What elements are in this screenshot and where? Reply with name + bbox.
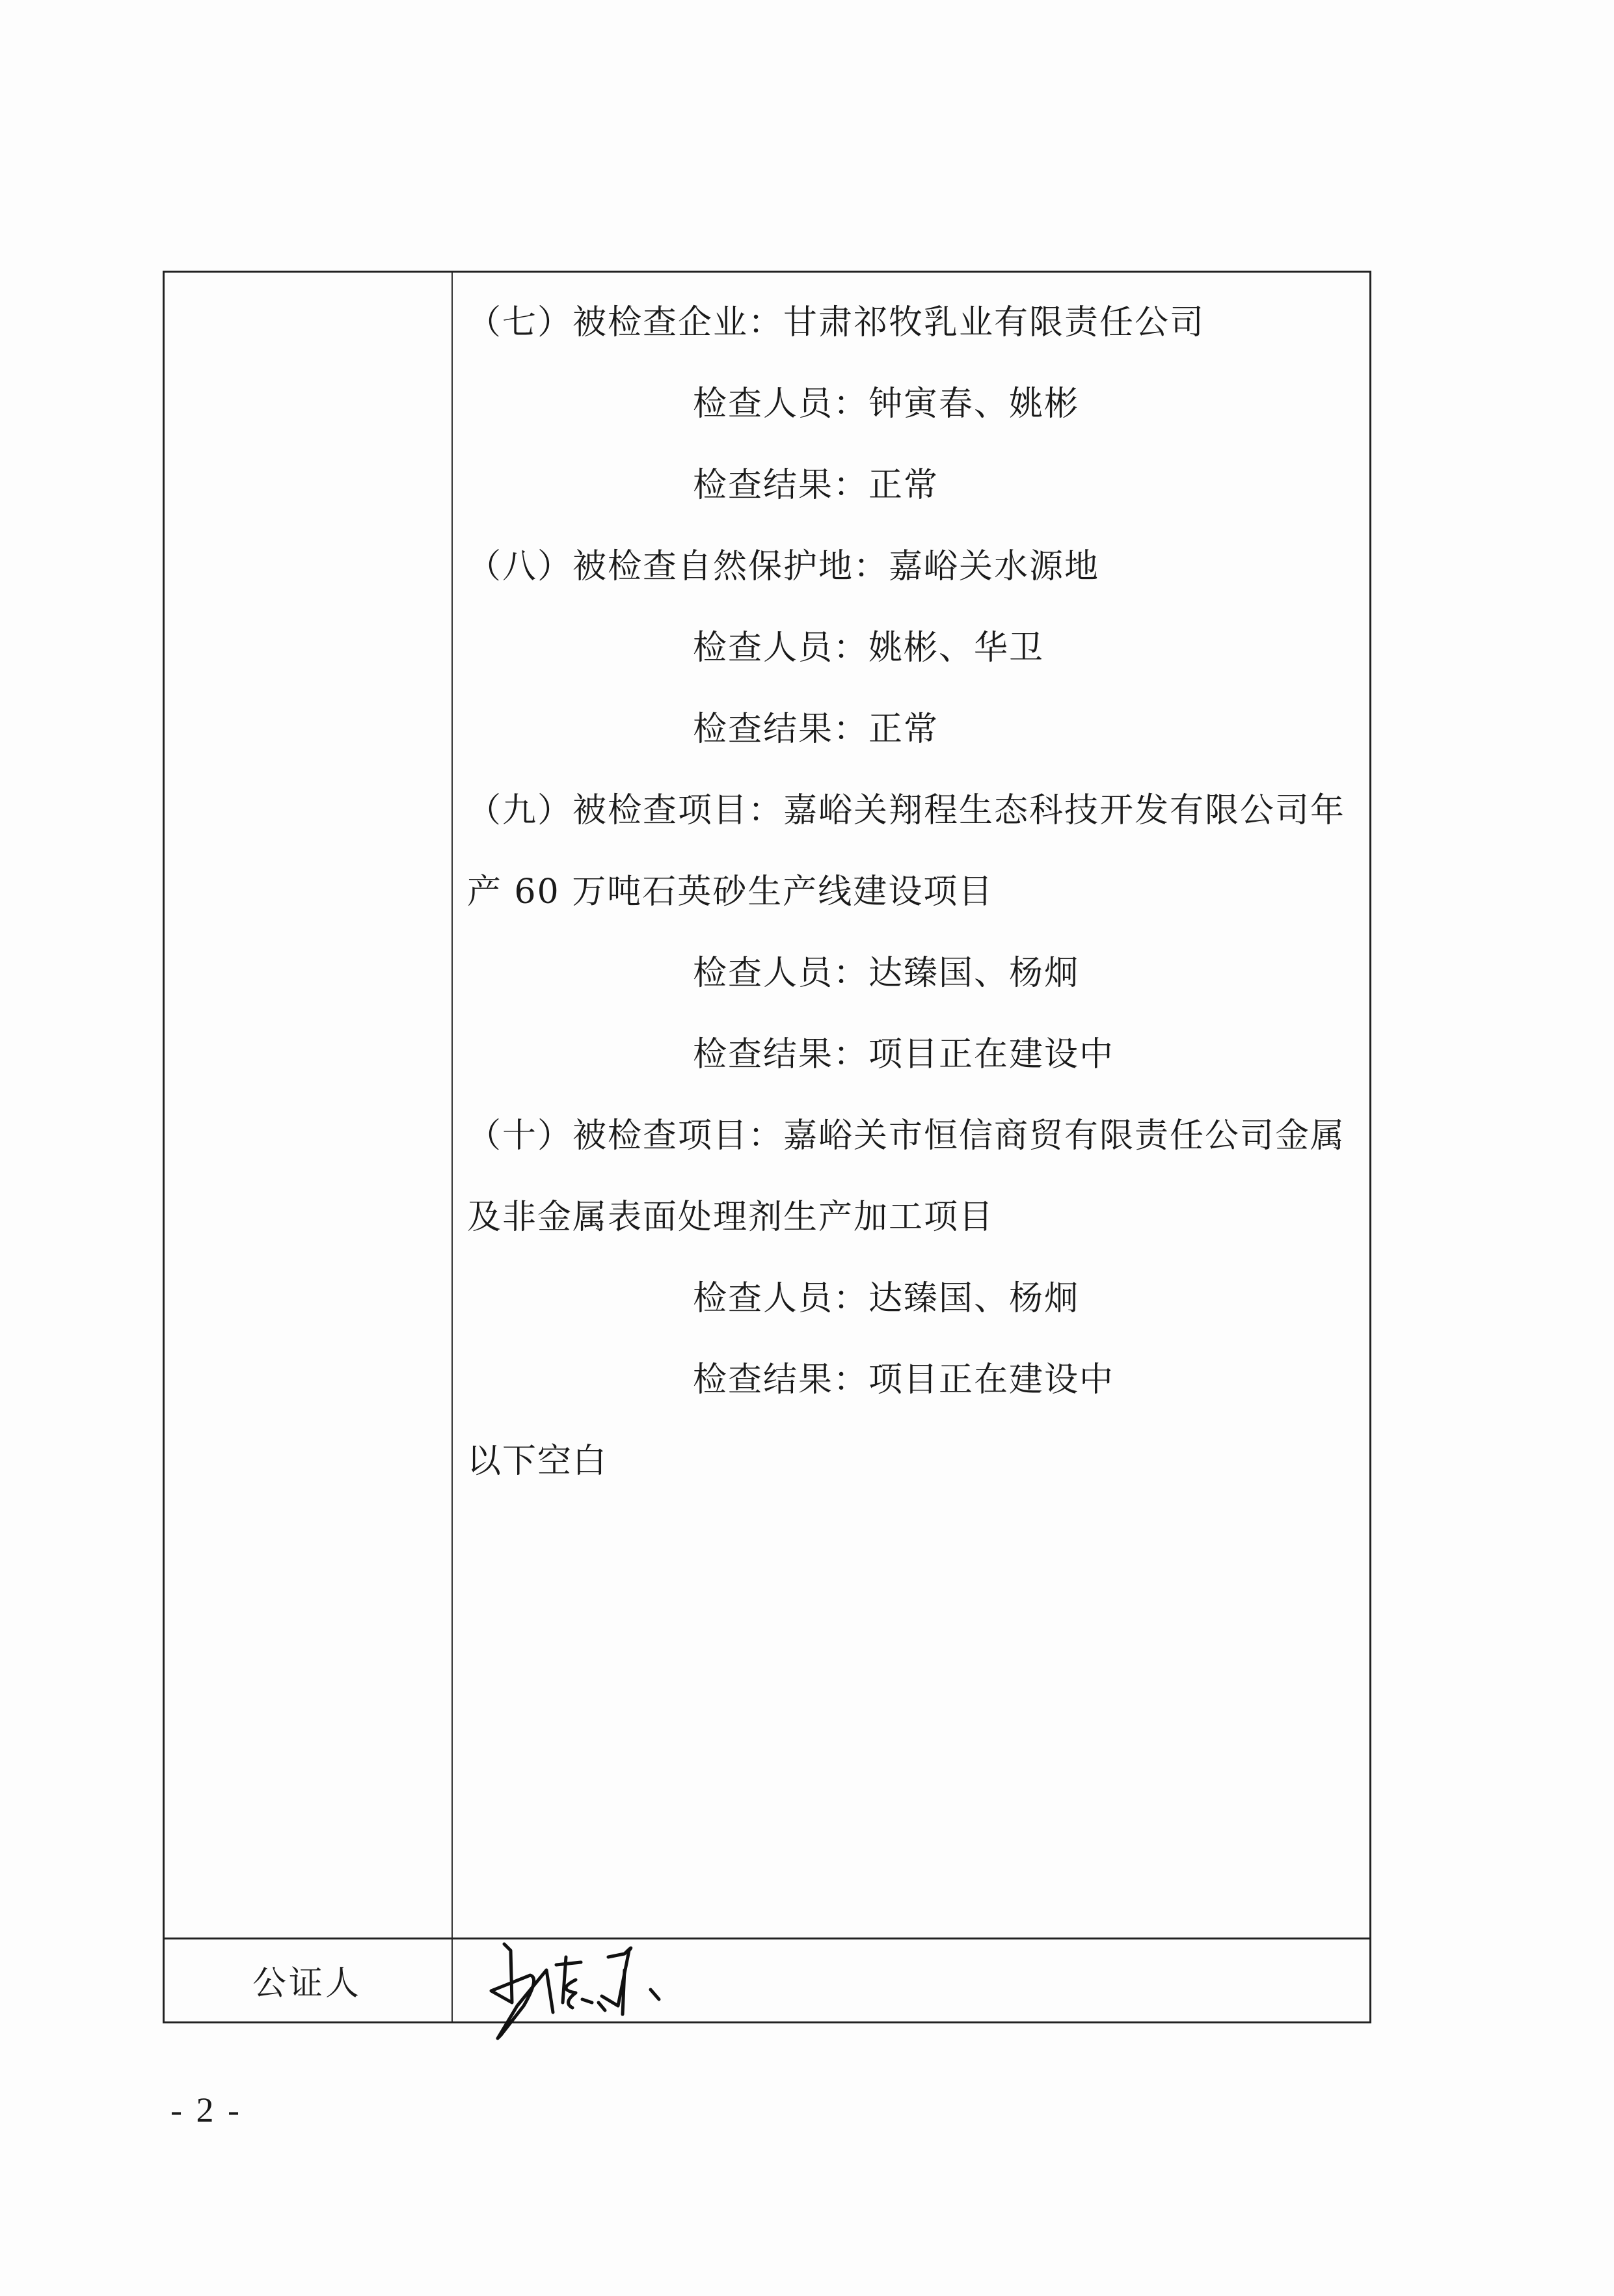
notary-signature-icon (478, 1931, 693, 2042)
column-divider (451, 273, 453, 2021)
section-10-inspectors: 检查人员：达臻国、杨炯 (693, 1279, 1079, 1318)
section-9-inspectors: 检查人员：达臻国、杨炯 (693, 954, 1079, 993)
section-10-heading-cont: 及非金属表面处理剂生产加工项目 (467, 1198, 994, 1237)
section-7-result: 检查结果：正常 (693, 466, 939, 505)
section-10-result: 检查结果：项目正在建设中 (693, 1360, 1114, 1399)
section-8-result: 检查结果：正常 (693, 710, 939, 749)
section-9-heading: （九）被检查项目：嘉峪关翔程生态科技开发有限公司年 (467, 791, 1345, 830)
section-9-heading-cont: 产 60 万吨石英砂生产线建设项目 (467, 872, 993, 912)
section-9-result: 检查结果：项目正在建设中 (693, 1035, 1114, 1074)
section-8-heading: （八）被检查自然保护地：嘉峪关水源地 (467, 547, 1099, 586)
notary-label: 公证人 (165, 1938, 450, 2021)
document-page: （七）被检查企业：甘肃祁牧乳业有限责任公司 检查人员：钟寅春、姚彬 检查结果：正… (0, 0, 1614, 2296)
section-7-inspectors: 检查人员：钟寅春、姚彬 (693, 385, 1079, 424)
section-8-inspectors: 检查人员：姚彬、华卫 (693, 628, 1044, 668)
blank-below-note: 以下空白 (467, 1442, 608, 1481)
section-10-heading: （十）被检查项目：嘉峪关市恒信商贸有限责任公司金属 (467, 1116, 1345, 1155)
section-7-heading: （七）被检查企业：甘肃祁牧乳业有限责任公司 (467, 303, 1205, 342)
page-number: - 2 - (170, 2090, 242, 2130)
